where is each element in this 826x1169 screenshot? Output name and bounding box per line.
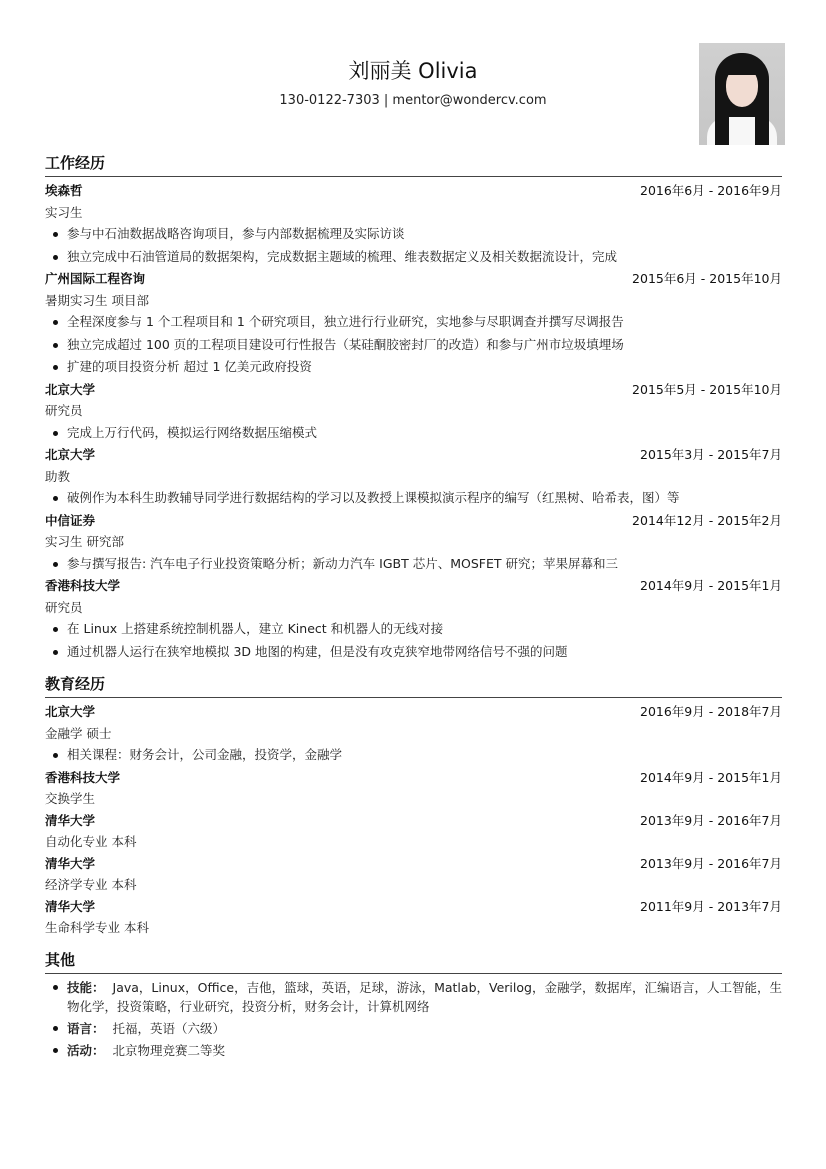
- education-entry: 北京大学 2016年9月 - 2018年7月 金融学 硕士 相关课程：财务会计，…: [45, 701, 782, 767]
- skills-item: 技能：Java，Linux，Office，吉他，篮球，英语，足球，游泳，Matl…: [45, 977, 782, 1018]
- entry-organization: 香港科技大学: [45, 575, 120, 597]
- entry-organization: 北京大学: [45, 379, 95, 401]
- entry-bullet: 独立完成中石油管道局的数据架构，完成数据主题域的梳理、维表数据定义及相关数据流设…: [45, 246, 782, 269]
- resume-page: 刘丽美 Olivia 130-0122-7303 | mentor@wonder…: [0, 0, 826, 1169]
- languages-item: 语言：托福，英语（六级）: [45, 1018, 782, 1040]
- section-title-work: 工作经历: [45, 150, 782, 177]
- item-text: 托福，英语（六级）: [113, 1021, 226, 1036]
- education-entry: 香港科技大学 2014年9月 - 2015年1月 交换学生: [45, 767, 782, 810]
- entry-organization: 香港科技大学: [45, 767, 120, 789]
- entry-bullet: 全程深度参与 1 个工程项目和 1 个研究项目，独立进行行业研究，实地参与尽职调…: [45, 311, 782, 334]
- entry-organization: 北京大学: [45, 701, 95, 723]
- work-experience-section: 工作经历 埃森哲 2016年6月 - 2016年9月 实习生 参与中石油数据战略…: [45, 150, 782, 663]
- entry-organization: 清华大学: [45, 853, 95, 875]
- entry-organization: 广州国际工程咨询: [45, 268, 145, 290]
- entry-date: 2014年9月 - 2015年1月: [640, 767, 782, 789]
- entry-organization: 清华大学: [45, 896, 95, 918]
- entry-role: 研究员: [45, 597, 782, 619]
- education-entry: 清华大学 2013年9月 - 2016年7月 经济学专业 本科: [45, 853, 782, 896]
- entry-bullet: 相关课程：财务会计，公司金融，投资学，金融学: [45, 744, 782, 767]
- entry-bullet: 独立完成超过 100 页的工程项目建设可行性报告（某硅酮胶密封厂的改造）和参与广…: [45, 334, 782, 357]
- entry-role: 自动化专业 本科: [45, 831, 782, 853]
- work-entry: 北京大学 2015年5月 - 2015年10月 研究员 完成上万行代码，模拟运行…: [45, 379, 782, 445]
- work-entry: 埃森哲 2016年6月 - 2016年9月 实习生 参与中石油数据战略咨询项目，…: [45, 180, 782, 268]
- photo-hair-right: [755, 103, 769, 145]
- entry-organization: 埃森哲: [45, 180, 83, 202]
- work-entry: 香港科技大学 2014年9月 - 2015年1月 研究员 在 Linux 上搭建…: [45, 575, 782, 663]
- photo-hair-left: [715, 103, 729, 145]
- item-text: Java，Linux，Office，吉他，篮球，英语，足球，游泳，Matlab，…: [67, 980, 782, 1014]
- entry-role: 暑期实习生 项目部: [45, 290, 782, 312]
- entry-role: 助教: [45, 466, 782, 488]
- entry-date: 2015年5月 - 2015年10月: [632, 379, 782, 401]
- entry-date: 2015年3月 - 2015年7月: [640, 444, 782, 466]
- resume-content: 工作经历 埃森哲 2016年6月 - 2016年9月 实习生 参与中石油数据战略…: [45, 150, 782, 1070]
- entry-date: 2016年9月 - 2018年7月: [640, 701, 782, 723]
- section-title-education: 教育经历: [45, 671, 782, 698]
- work-entry: 中信证券 2014年12月 - 2015年2月 实习生 研究部 参与撰写报告: …: [45, 510, 782, 576]
- entry-organization: 北京大学: [45, 444, 95, 466]
- item-label: 技能：: [67, 980, 105, 995]
- education-entry: 清华大学 2011年9月 - 2013年7月 生命科学专业 本科: [45, 896, 782, 939]
- work-entry: 北京大学 2015年3月 - 2015年7月 助教 破例作为本科生助教辅导同学进…: [45, 444, 782, 510]
- entry-bullet: 参与撰写报告: 汽车电子行业投资策略分析；新动力汽车 IGBT 芯片、MOSFE…: [45, 553, 782, 576]
- education-entry: 清华大学 2013年9月 - 2016年7月 自动化专业 本科: [45, 810, 782, 853]
- profile-photo: [699, 43, 785, 145]
- entry-date: 2013年9月 - 2016年7月: [640, 853, 782, 875]
- entry-role: 实习生 研究部: [45, 531, 782, 553]
- entry-role: 交换学生: [45, 788, 782, 810]
- entry-date: 2011年9月 - 2013年7月: [640, 896, 782, 918]
- entry-role: 研究员: [45, 400, 782, 422]
- education-section: 教育经历 北京大学 2016年9月 - 2018年7月 金融学 硕士 相关课程：…: [45, 671, 782, 939]
- entry-bullet: 通过机器人运行在狭窄地模拟 3D 地图的构建，但是没有攻克狭窄地带网络信号不强的…: [45, 641, 782, 664]
- entry-bullet: 参与中石油数据战略咨询项目，参与内部数据梳理及实际访谈: [45, 223, 782, 246]
- entry-date: 2013年9月 - 2016年7月: [640, 810, 782, 832]
- section-title-other: 其他: [45, 947, 782, 974]
- entry-role: 实习生: [45, 202, 782, 224]
- entry-bullet: 完成上万行代码，模拟运行网络数据压缩模式: [45, 422, 782, 445]
- entry-role: 金融学 硕士: [45, 723, 782, 745]
- entry-date: 2015年6月 - 2015年10月: [632, 268, 782, 290]
- work-entry: 广州国际工程咨询 2015年6月 - 2015年10月 暑期实习生 项目部 全程…: [45, 268, 782, 379]
- entry-date: 2014年9月 - 2015年1月: [640, 575, 782, 597]
- entry-bullet: 在 Linux 上搭建系统控制机器人，建立 Kinect 和机器人的无线对接: [45, 618, 782, 641]
- item-text: 北京物理竞赛二等奖: [113, 1043, 226, 1058]
- entry-organization: 中信证券: [45, 510, 95, 532]
- other-section: 其他 技能：Java，Linux，Office，吉他，篮球，英语，足球，游泳，M…: [45, 947, 782, 1062]
- entry-role: 经济学专业 本科: [45, 874, 782, 896]
- entry-date: 2016年6月 - 2016年9月: [640, 180, 782, 202]
- entry-organization: 清华大学: [45, 810, 95, 832]
- activities-item: 活动：北京物理竞赛二等奖: [45, 1040, 782, 1062]
- entry-date: 2014年12月 - 2015年2月: [632, 510, 782, 532]
- entry-bullet: 扩建的项目投资分析 超过 1 亿美元政府投资: [45, 356, 782, 379]
- photo-bangs-shape: [723, 59, 761, 75]
- item-label: 活动：: [67, 1043, 105, 1058]
- entry-bullet: 破例作为本科生助教辅导同学进行数据结构的学习以及教授上课模拟演示程序的编写（红黑…: [45, 487, 782, 510]
- entry-role: 生命科学专业 本科: [45, 917, 782, 939]
- item-label: 语言：: [67, 1021, 105, 1036]
